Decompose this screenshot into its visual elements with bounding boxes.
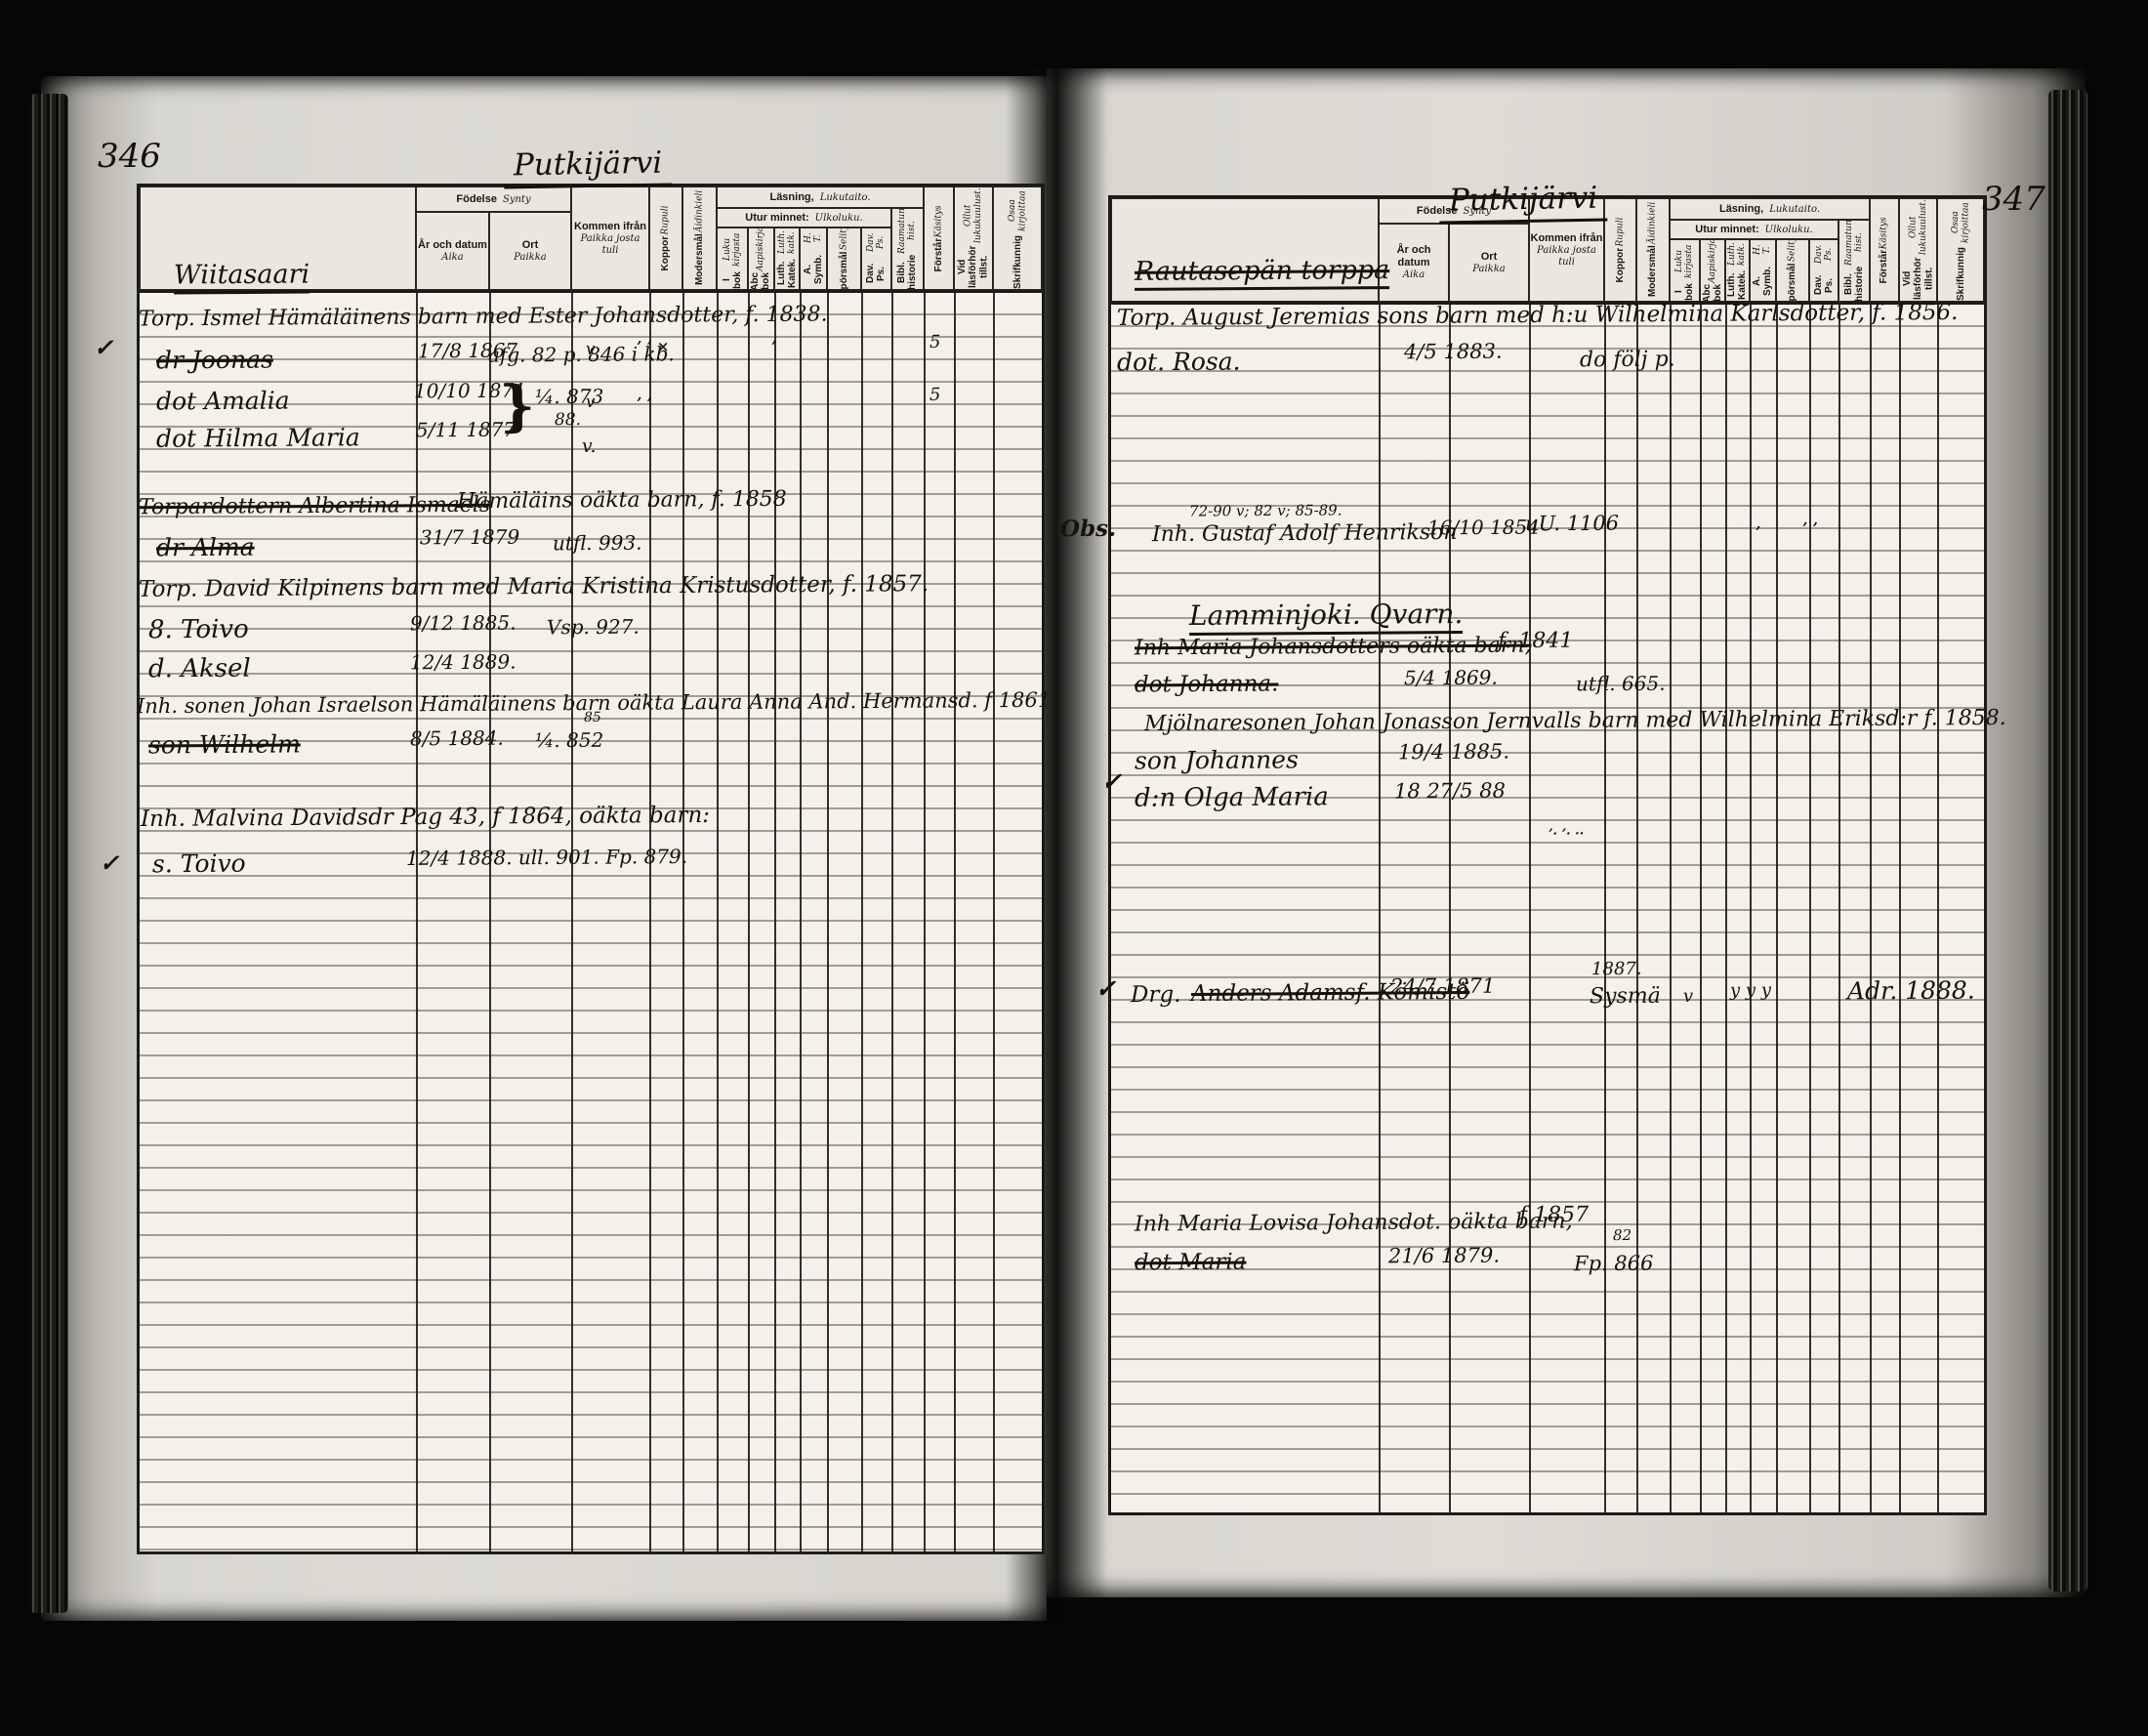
handwritten-entry: 8/5 1884.: [410, 728, 504, 749]
handwritten-entry: dot Johanna.: [1135, 673, 1279, 696]
handwritten-entry: Wiitasaari: [174, 262, 310, 295]
handwritten-entry: Mjölnaresonen Johan Jonasson Jernvalls b…: [1144, 708, 2006, 735]
handwritten-entry: utfl. 665.: [1576, 674, 1666, 694]
handwritten-entry: 82: [1613, 1228, 1632, 1243]
handwritten-entry: ✓: [100, 851, 119, 875]
handwritten-entry: Fp. 866: [1574, 1254, 1654, 1275]
handwritten-entry: Torp. David Kilpinens barn med Maria Kri…: [139, 573, 929, 601]
handwritten-entry: ʼ ʼ: [1802, 521, 1818, 536]
handwritten-entry: Inh. Malvina Davidsdr Pag 43, f 1864, oä…: [141, 805, 710, 831]
handwritten-entry: 4/5 1883.: [1404, 342, 1503, 363]
handwritten-entry: Drg.: [1131, 984, 1181, 1007]
handwritten-entry: s. Toivo: [152, 851, 246, 877]
handwritten-entry: 5/11 1877: [416, 420, 516, 440]
handwritten-entry: utfl. 993.: [553, 533, 642, 554]
handwritten-entry: 19/4 1885.: [1398, 742, 1509, 764]
handwritten-entry: v: [586, 342, 596, 358]
handwritten-entry: Lamminjoki. Qvarn.: [1189, 600, 1464, 636]
handwritten-entry: dot Hilma Maria: [156, 425, 360, 450]
handwritten-entry: Inh. Gustaf Adolf Henrikson: [1152, 522, 1458, 546]
handwritten-entry: Obs.: [1060, 517, 1116, 540]
handwritten-entry: ✓: [1101, 769, 1122, 794]
handwritten-entry: 88.: [555, 412, 581, 429]
handwritten-entry: Adr. 1888.: [1847, 978, 1975, 1004]
handwritten-entry: 16/10 1854: [1427, 517, 1540, 538]
handwritten-entry: Torp. Ismel Hämäläinens barn med Ester J…: [139, 305, 828, 331]
handwritten-entry: dr Joonas: [156, 348, 273, 373]
handwritten-entry: ʼ: [771, 340, 776, 354]
handwritten-entry: son Wilhelm: [148, 731, 301, 757]
handwritten-entry: dot Maria: [1135, 1252, 1247, 1275]
handwritten-entry: Inh Maria Lovisa Johansdot. oäkta barn,: [1135, 1211, 1573, 1235]
handwritten-entry: uU. 1106: [1525, 514, 1619, 535]
handwritten-entry: f. 1841: [1498, 631, 1573, 653]
handwritten-entry: 5: [929, 334, 941, 351]
handwritten-entry: 18 27/5 88: [1394, 781, 1506, 803]
handwritten-entry: 31/7 1879: [420, 527, 519, 548]
handwritten-entry: Rautasepän torppa: [1135, 257, 1389, 291]
handwritten-entry: 21/6 1879.: [1388, 1246, 1500, 1267]
handwritten-entry: 72-90 v; 82 v; 85-89.: [1189, 503, 1342, 518]
book-photo: FödelseSyntyÅr och datumAikaOrtPaikkaKom…: [0, 0, 2148, 1736]
handwritten-entry: 9/12 1885.: [410, 613, 516, 634]
handwritten-entry: 24/7 1871: [1390, 976, 1495, 998]
handwritten-entry: Torp. August Jeremias sons barn med h:u …: [1117, 302, 1959, 330]
handwritten-entry: 1887.: [1591, 961, 1642, 978]
handwritten-entry: ¼. 852: [535, 730, 603, 750]
handwritten-entry: dot. Rosa.: [1117, 350, 1241, 375]
handwritten-entry: 5: [929, 387, 941, 404]
handwritten-entry: Vsp. 927.: [547, 617, 640, 638]
handwritten-entry: Inh Maria Johansdotters oäkta barn,: [1135, 636, 1532, 660]
handwritten-entry: v: [586, 394, 596, 411]
handwritten-entry: 85: [584, 711, 601, 724]
handwritten-entry: f 1857: [1519, 1205, 1589, 1226]
handwritten-entry: d:n Olga Maria: [1135, 784, 1329, 810]
handwritten-entry: ʼ ʼ: [637, 396, 652, 411]
handwritten-entry: 5/4 1869.: [1404, 668, 1498, 688]
handwritten-entry: ʼ ʼ ×: [637, 340, 670, 354]
handwritten-entry: ʼ· ʼ· ··: [1549, 828, 1584, 841]
handwritten-entry: do följ p.: [1580, 350, 1675, 372]
handwritten-entry: Torpardottern Albertina Ismaels: [139, 495, 490, 519]
handwritten-entry: v: [1683, 988, 1693, 1006]
handwritten-entry: 8. Toivo: [148, 617, 249, 643]
handwritten-entry: d. Aksel: [148, 656, 251, 682]
handwritten-entry: ʼ: [1756, 525, 1760, 540]
handwritten-entry: son Johannes: [1135, 747, 1299, 772]
handwritten-entry: Hämäläins oäkta barn, f. 1858: [457, 489, 787, 513]
handwritten-entry: v.: [582, 437, 597, 456]
handwritten-entry: y y y: [1730, 982, 1771, 1000]
handwritten-entry: dot Amalia: [156, 389, 290, 414]
handwritten-entry: 12/4 1889.: [410, 652, 516, 673]
handwritten-entry: dr Alma: [156, 535, 255, 560]
handwritten-entry: ✓: [1095, 976, 1116, 1001]
handwritten-entries-layer: WiitasaariTorp. Ismel Hämäläinens barn m…: [0, 0, 2148, 1736]
handwritten-entry: ✓: [94, 336, 113, 359]
handwritten-entry: Sysmä: [1590, 986, 1661, 1009]
handwritten-entry: 12/4 1888. ull. 901. Fp. 879.: [406, 847, 687, 868]
